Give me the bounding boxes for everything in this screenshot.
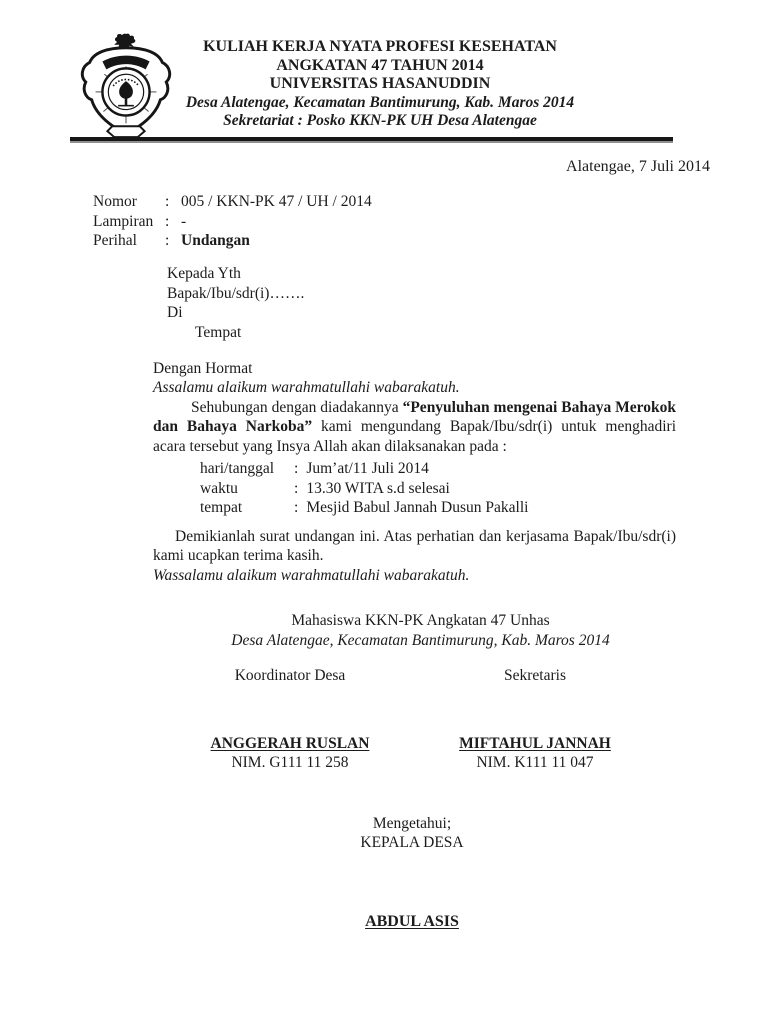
recipient-di: Di xyxy=(167,303,304,323)
meta-row-nomor: Nomor:005 / KKN-PK 47 / UH / 2014 xyxy=(93,192,372,212)
meta-label: Perihal xyxy=(93,231,165,251)
letter-meta: Nomor:005 / KKN-PK 47 / UH / 2014 Lampir… xyxy=(93,192,372,251)
event-row-date: hari/tanggal:Jum’at/11 Juli 2014 xyxy=(200,459,528,479)
recipient-addressee: Bapak/Ibu/sdr(i)……. xyxy=(167,284,304,304)
signature-organization: Mahasiswa KKN-PK Angkatan 47 Unhas Desa … xyxy=(152,611,689,650)
recipient-block: Kepada Yth Bapak/Ibu/sdr(i)……. Di Tempat xyxy=(167,264,304,342)
approval-mengetahui: Mengetahui; xyxy=(152,814,672,833)
meta-row-perihal: Perihal:Undangan xyxy=(93,231,372,251)
approval-block: Mengetahui; KEPALA DESA xyxy=(152,814,672,852)
recipient-salute: Kepada Yth xyxy=(167,264,304,284)
closing-greeting: Wassalamu alaikum warahmatullahi wabarak… xyxy=(153,566,676,585)
paragraph-text: Sehubungan dengan diadakannya xyxy=(191,399,403,416)
approval-kepala-desa: KEPALA DESA xyxy=(152,833,672,852)
event-label: tempat xyxy=(200,498,294,518)
meta-colon: : xyxy=(165,192,181,212)
event-value: 13.30 WITA s.d selesai xyxy=(306,480,450,497)
signer-right: MIFTAHUL JANNAH NIM. K111 11 047 xyxy=(428,734,642,772)
signer-left: ANGGERAH RUSLAN NIM. G111 11 258 xyxy=(180,734,400,772)
event-row-place: tempat:Mesjid Babul Jannah Dusun Pakalli xyxy=(200,498,528,518)
meta-value: - xyxy=(181,213,186,230)
letter-page: KULIAH KERJA NYATA PROFESI KESEHATAN ANG… xyxy=(0,0,768,1024)
event-colon: : xyxy=(294,479,298,499)
salutation: Dengan Hormat xyxy=(153,359,676,378)
letterhead-university-line: UNIVERSITAS HASANUDDIN xyxy=(180,75,580,94)
signature-org-line1: Mahasiswa KKN-PK Angkatan 47 Unhas xyxy=(152,611,689,631)
event-details: hari/tanggal:Jum’at/11 Juli 2014 waktu:1… xyxy=(200,459,528,518)
event-label: waktu xyxy=(200,479,294,499)
signer-right-name: MIFTAHUL JANNAH xyxy=(428,734,642,753)
letter-date: Alatengae, 7 Juli 2014 xyxy=(0,157,710,176)
signer-left-name: ANGGERAH RUSLAN xyxy=(180,734,400,753)
meta-value: 005 / KKN-PK 47 / UH / 2014 xyxy=(181,193,372,210)
letterhead-secretariat-line: Sekretariat : Posko KKN-PK UH Desa Alate… xyxy=(180,112,580,131)
meta-colon: : xyxy=(165,231,181,251)
event-value: Mesjid Babul Jannah Dusun Pakalli xyxy=(306,499,528,516)
opening-greeting: Assalamu alaikum warahmatullahi wabaraka… xyxy=(153,378,676,397)
approval-signer-name: ABDUL ASIS xyxy=(152,913,672,931)
letterhead-program-line: KULIAH KERJA NYATA PROFESI KESEHATAN xyxy=(180,38,580,57)
letter-body-closing: Demikianlah surat undangan ini. Atas per… xyxy=(153,527,676,585)
closing-paragraph: Demikianlah surat undangan ini. Atas per… xyxy=(153,527,676,566)
signer-right-nim: NIM. K111 11 047 xyxy=(428,753,642,772)
meta-value-undangan: Undangan xyxy=(181,232,250,249)
event-value: Jum’at/11 Juli 2014 xyxy=(306,460,429,477)
letterhead-text: KULIAH KERJA NYATA PROFESI KESEHATAN ANG… xyxy=(180,38,580,131)
signature-org-line2: Desa Alatengae, Kecamatan Bantimurung, K… xyxy=(152,631,689,651)
letterhead-village-line: Desa Alatengae, Kecamatan Bantimurung, K… xyxy=(180,94,580,113)
unhas-crest-icon xyxy=(76,33,176,141)
signer-left-nim: NIM. G111 11 258 xyxy=(180,753,400,772)
event-label: hari/tanggal xyxy=(200,459,294,479)
event-colon: : xyxy=(294,459,298,479)
meta-row-lampiran: Lampiran:- xyxy=(93,212,372,232)
meta-colon: : xyxy=(165,212,181,232)
meta-label: Lampiran xyxy=(93,212,165,232)
role-sekretaris: Sekretaris xyxy=(428,667,642,685)
role-koordinator-desa: Koordinator Desa xyxy=(180,667,400,685)
letterhead-divider-rule xyxy=(70,137,673,143)
meta-label: Nomor xyxy=(93,192,165,212)
event-colon: : xyxy=(294,498,298,518)
letterhead-batch-line: ANGKATAN 47 TAHUN 2014 xyxy=(180,57,580,76)
letter-body-opening: Dengan Hormat Assalamu alaikum warahmatu… xyxy=(153,359,676,456)
invitation-paragraph: Sehubungan dengan diadakannya “Penyuluha… xyxy=(153,398,676,456)
event-row-time: waktu:13.30 WITA s.d selesai xyxy=(200,479,528,499)
recipient-place: Tempat xyxy=(195,323,304,343)
